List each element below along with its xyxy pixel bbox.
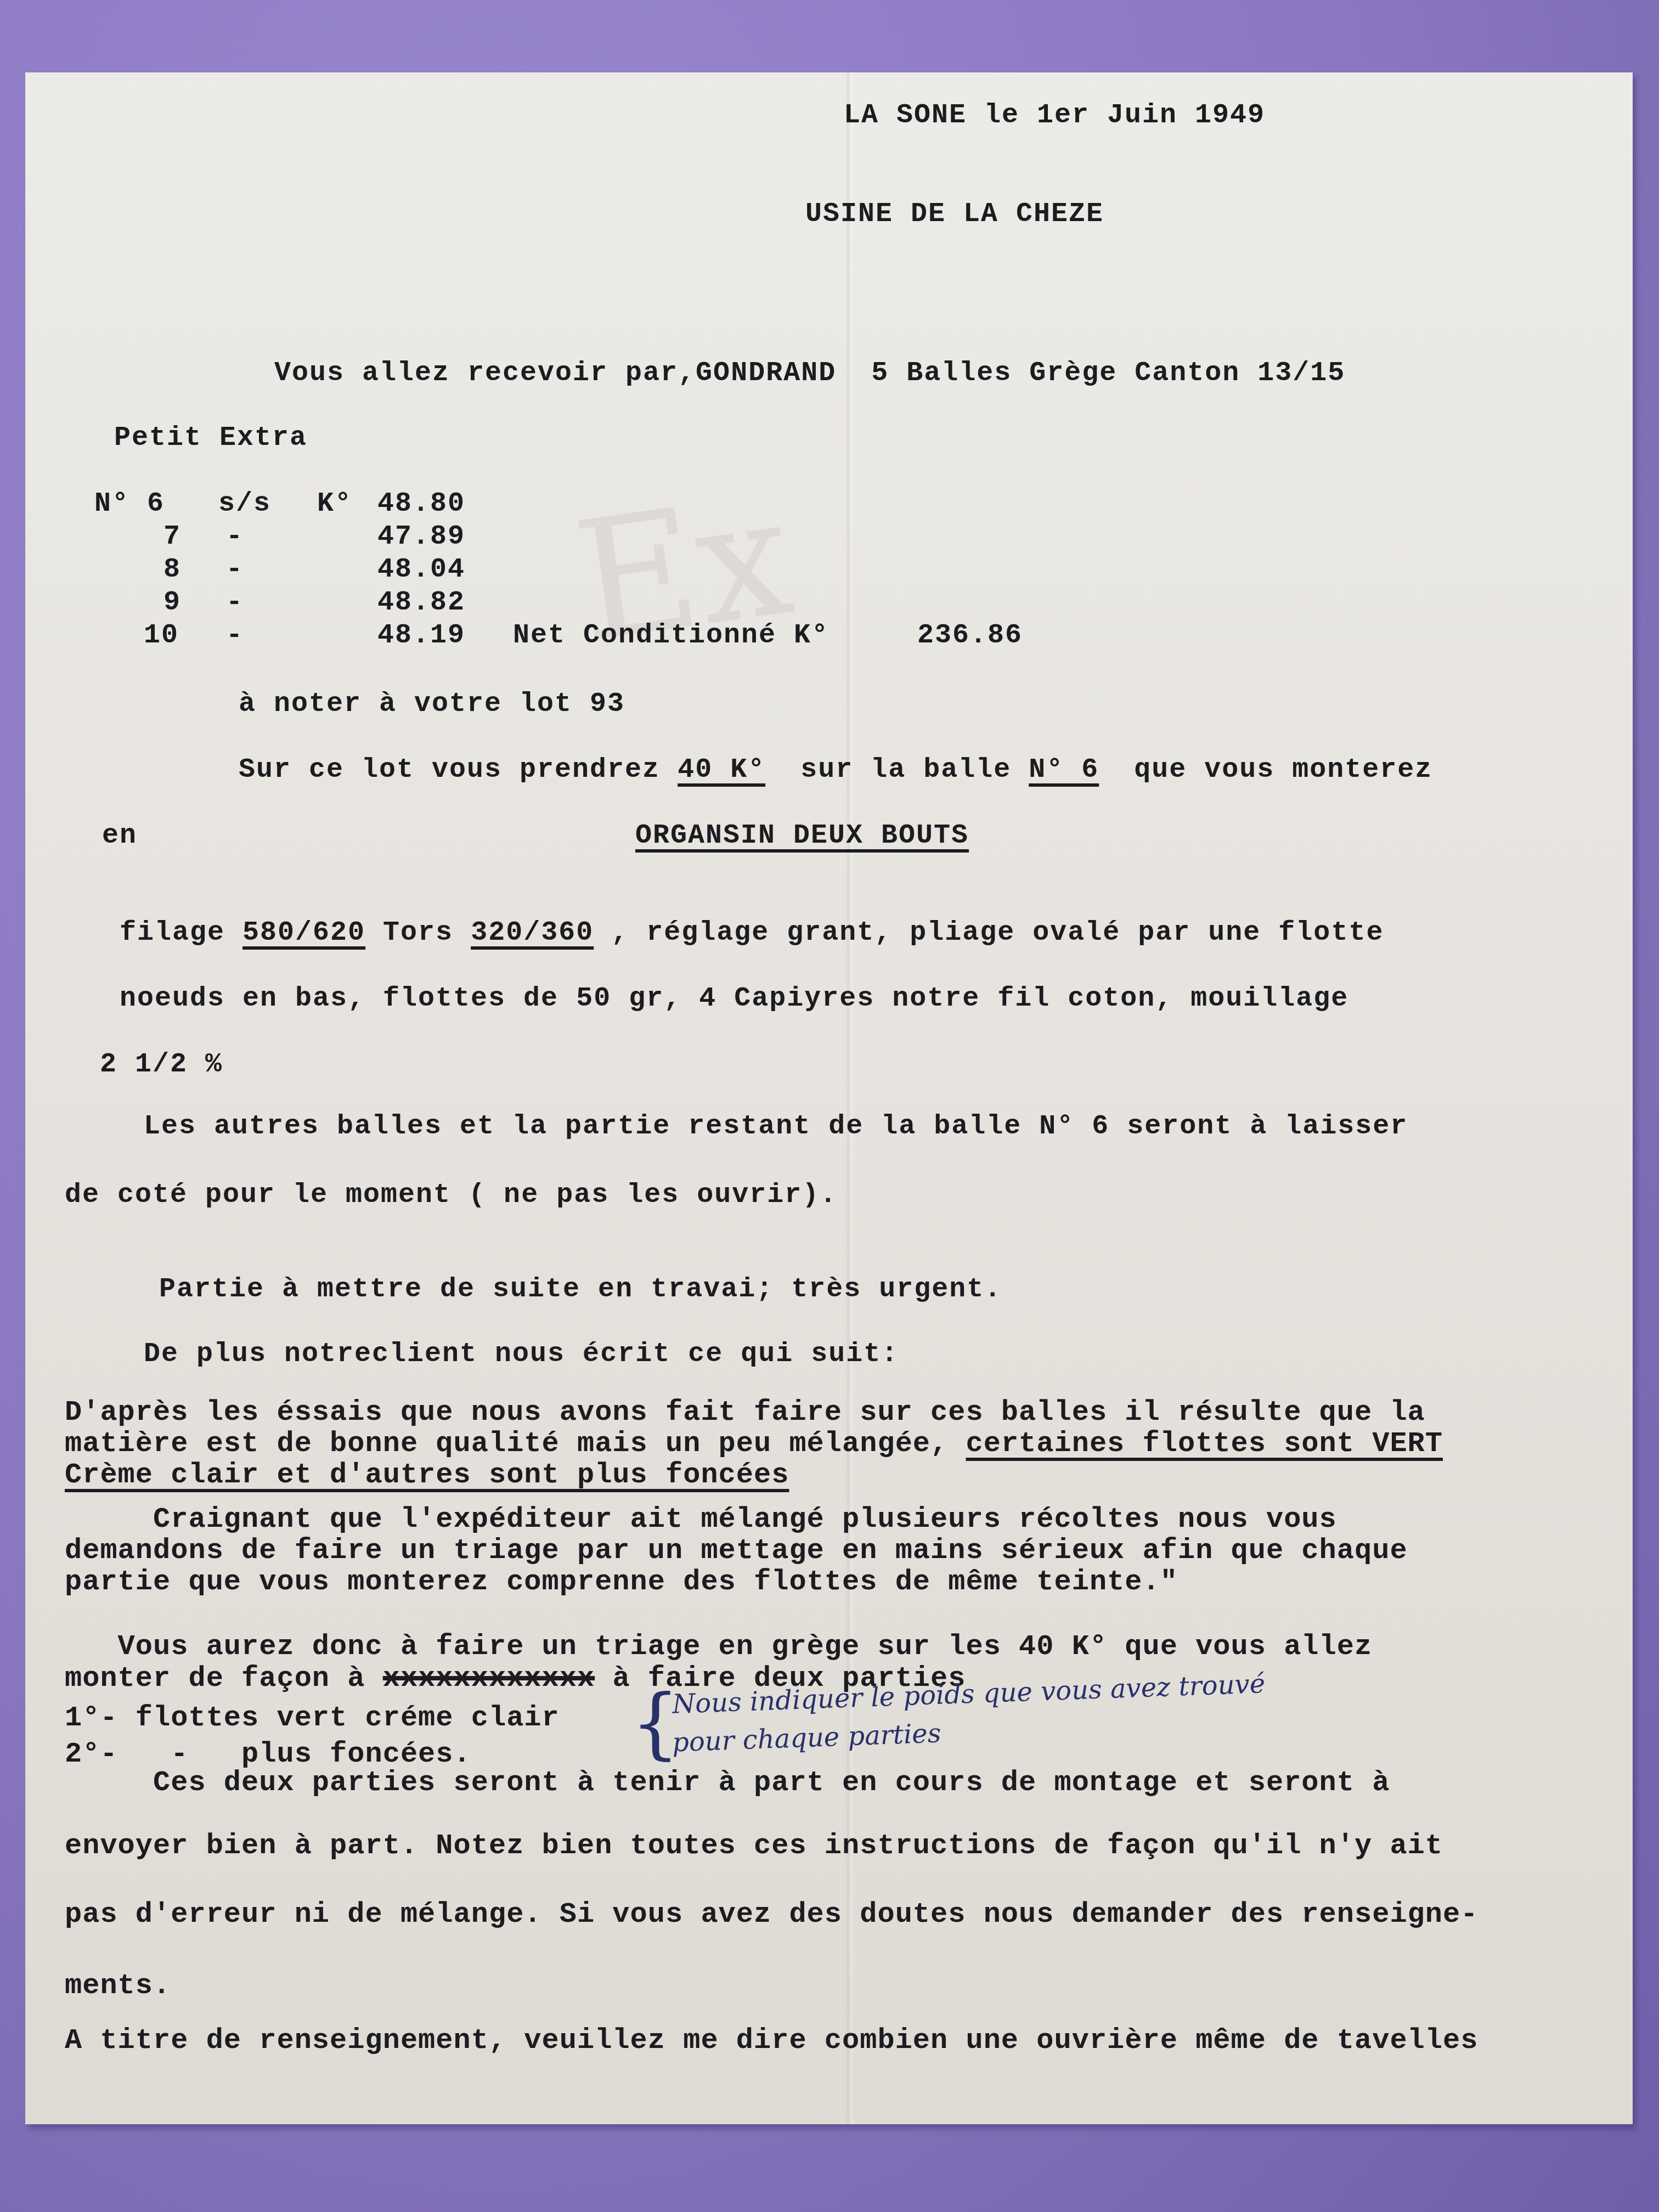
other-bales-line-1: Les autres balles et la partie restant d… [144,1111,1408,1142]
quote-line-1: D'après les éssais que nous avons fait f… [65,1396,1425,1429]
filage-value: 580/620 [242,917,365,949]
intro-line: Vous allez recevoir par,GONDRAND 5 Balle… [274,358,1345,389]
bale-underlined: N° 6 [1029,754,1099,786]
product-title: ORGANSIN DEUX BOUTS [635,820,969,851]
instruction-text: Sur ce lot vous prendrez [239,754,678,786]
bale-number: 8 [163,554,181,585]
bale-weight: 48.82 [377,587,465,618]
lot-note: à noter à votre lot 93 [239,689,625,720]
grade: Petit Extra [114,422,307,454]
instruction-line: Sur ce lot vous prendrez 40 K° sur la ba… [239,754,1432,786]
tors-value: 320/360 [471,917,594,949]
quote-line-4: Craignant que l'expéditeur ait mélangé p… [65,1503,1337,1536]
bale-mark: - [226,620,244,651]
spec-line-3: 2 1/2 % [100,1049,223,1080]
bale-weight: 47.89 [377,521,465,552]
quote-line-6: partie que vous monterez comprenne des f… [65,1566,1178,1598]
spec-text: Tors [365,917,471,949]
quote-line-2: matière est de bonne qualité mais un peu… [65,1427,1443,1460]
instruction-text: sur la balle [765,754,1029,786]
bale-weight: 48.04 [377,554,465,585]
spec-text: filage [120,917,242,949]
closing-line-3: pas d'erreur ni de mélange. Si vous avez… [65,1898,1478,1931]
addressee: USINE DE LA CHEZE [805,199,1104,230]
client-intro: De plus notreclient nous écrit ce qui su… [144,1339,899,1370]
quantity-underlined: 40 K° [678,754,765,786]
closing-line-1: Ces deux parties seront à tenir à part e… [65,1767,1390,1799]
bale-number: 7 [163,521,181,552]
spec-text: , réglage grant, pliage ovalé par une fl… [594,917,1384,949]
bale-mark: s/s [218,488,271,520]
closing-line-4: ments. [65,1970,171,2002]
bale-weight: 48.80 [377,488,465,520]
en-word: en [102,820,137,851]
triage-line-1: Vous aurez donc à faire un triage en grè… [65,1630,1372,1663]
triage-item-1: 1°- flottes vert créme clair [65,1702,560,1734]
bale-number: 9 [163,587,181,618]
other-bales-line-2: de coté pour le moment ( ne pas les ouvr… [65,1180,837,1211]
triage-text: monter de façon à [65,1662,383,1695]
spec-line-1: filage 580/620 Tors 320/360 , réglage gr… [120,917,1384,949]
quote-line-5: demandons de faire un triage par un mett… [65,1534,1408,1567]
bale-mark: - [226,554,244,585]
bale-weight: 48.19 [377,620,465,651]
net-total-label: Net Conditionné K° [513,620,829,651]
spec-line-2: noeuds en bas, flottes de 50 gr, 4 Capiy… [120,983,1348,1014]
instruction-text: que vous monterez [1099,754,1432,786]
bale-unit: K° [317,488,352,520]
bale-mark: - [226,521,244,552]
quote-underlined: certaines flottes sont VERT [966,1427,1443,1460]
place-date: LA SONE le 1er Juin 1949 [844,100,1265,131]
closing-line-5: A titre de renseignement, veuillez me di… [65,2024,1478,2057]
quote-line-3: Crème clair et d'autres sont plus foncée… [65,1459,789,1491]
closing-line-2: envoyer bien à part. Notez bien toutes c… [65,1830,1443,1862]
bale-number: N° 6 [94,488,165,520]
bale-mark: - [226,587,244,618]
urgent-note: Partie à mettre de suite en travai; très… [159,1274,1002,1305]
triage-item-2: 2°- - plus foncées. [65,1738,471,1770]
net-total-value: 236.86 [917,620,1023,651]
quote-text: matière est de bonne qualité mais un peu… [65,1427,966,1460]
struck-out-text: xxxxxxxxxxxx [383,1662,595,1695]
bale-number: 10 [144,620,179,651]
